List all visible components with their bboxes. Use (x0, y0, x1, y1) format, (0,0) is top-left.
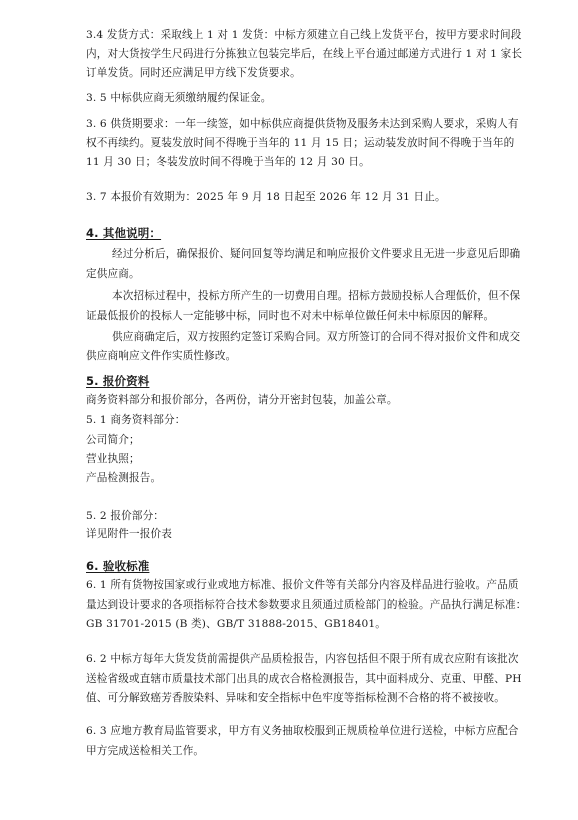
section-4-paragraph-line: 供应商确定后，双方按照约定签订采购合同。双方所签订的合同不得对报价文件和成交 (112, 330, 520, 344)
section-5-line: 营业执照； (86, 452, 140, 466)
section-4-heading: 4. 其他说明： (86, 226, 161, 240)
section-4-paragraph-line: 证最低报价的投标人一定能够中标，同时也不对未中标单位做任何未中标原因的解释。 (86, 309, 494, 323)
section-6-3-line: 6. 3 应地方教育局监管要求，甲方有义务抽取校服到正规质检单位进行送检，中标方… (86, 724, 519, 738)
section-5-line: 商务资料部分和报价部分，各两份，请分开密封包装，加盖公章。 (86, 393, 398, 407)
section-6-1-line: 6. 1 所有货物按国家或行业或地方标准、报价文件等有关部分内容及样品进行验收。… (86, 578, 519, 592)
section-6-heading: 6. 验收标准 (86, 559, 149, 573)
section-4-paragraph-line: 本次招标过程中，投标方所产生的一切费用自理。招标方鼓励投标人合理低价，但不保 (112, 289, 520, 303)
section-6-2-line: 值、可分解致癌芳香胺染料、异味和安全指标中色牢度等指标检测不合格的将不被接收。 (86, 691, 505, 705)
section-6-2-line: 送检省级或直辖市质量技术部门出具的成衣合格检测报告，其中面料成分、克重、甲醛、P… (86, 672, 522, 686)
section-5-line: 5. 1 商务资料部分： (86, 413, 186, 427)
section-4-paragraph-line: 经过分析后，确保报价、疑问回复等均满足和响应报价文件要求且无进一步意见后即确 (112, 247, 520, 261)
section-5-2-line: 详见附件一报价表 (86, 527, 172, 541)
section-5-line: 公司简介； (86, 433, 140, 447)
section-3-4-line: 内，对大货按学生尺码进行分拣独立包装完毕后，在线上平台通过邮递方式进行 1 对 … (86, 47, 522, 61)
section-6-3-line: 甲方完成送检相关工作。 (86, 744, 204, 758)
section-3-4-line: 3.4 发货方式：采取线上 1 对 1 发货：中标方须建立自己线上发货平台，按甲… (86, 28, 521, 42)
section-3-6-line: 3. 6 供货期要求：一年一续签，如中标供应商提供货物及服务未达到采购人要求，采… (86, 117, 519, 131)
section-3-5-line: 3. 5 中标供应商无须缴纳履约保证金。 (86, 91, 272, 105)
section-3-6-line: 11 月 30 日；冬装发放时间不得晚于当年的 12 月 30 日。 (86, 155, 370, 169)
section-3-7-line: 3. 7 本报价有效期为：2025 年 9 月 18 日起至 2026 年 12… (86, 190, 446, 204)
section-6-2-line: 6. 2 中标方每年大货发货前需提供产品质检报告，内容包括但不限于所有成衣应附有… (86, 652, 519, 666)
section-4-paragraph-line: 供应商响应文件作实质性修改。 (86, 349, 236, 363)
section-5-2-line: 5. 2 报价部分： (86, 509, 164, 523)
section-3-4-line: 订单发货。同时还应满足甲方线下发货要求。 (86, 66, 301, 80)
section-5-heading: 5. 报价资料 (86, 374, 149, 388)
section-4-paragraph-line: 定供应商。 (86, 267, 140, 281)
section-5-line: 产品检测报告。 (86, 471, 161, 485)
section-3-6-line: 权不再续约。夏装发放时间不得晚于当年的 11 月 15 日；运动装发放时间不得晚… (86, 136, 514, 150)
section-6-1-line: 量达到设计要求的各项指标符合技术参数要求且须通过质检部门的检验。产品执行满足标准… (86, 598, 527, 612)
section-6-1-line: GB 31701-2015 (B 类)、GB/T 31888-2015、GB18… (86, 617, 386, 631)
